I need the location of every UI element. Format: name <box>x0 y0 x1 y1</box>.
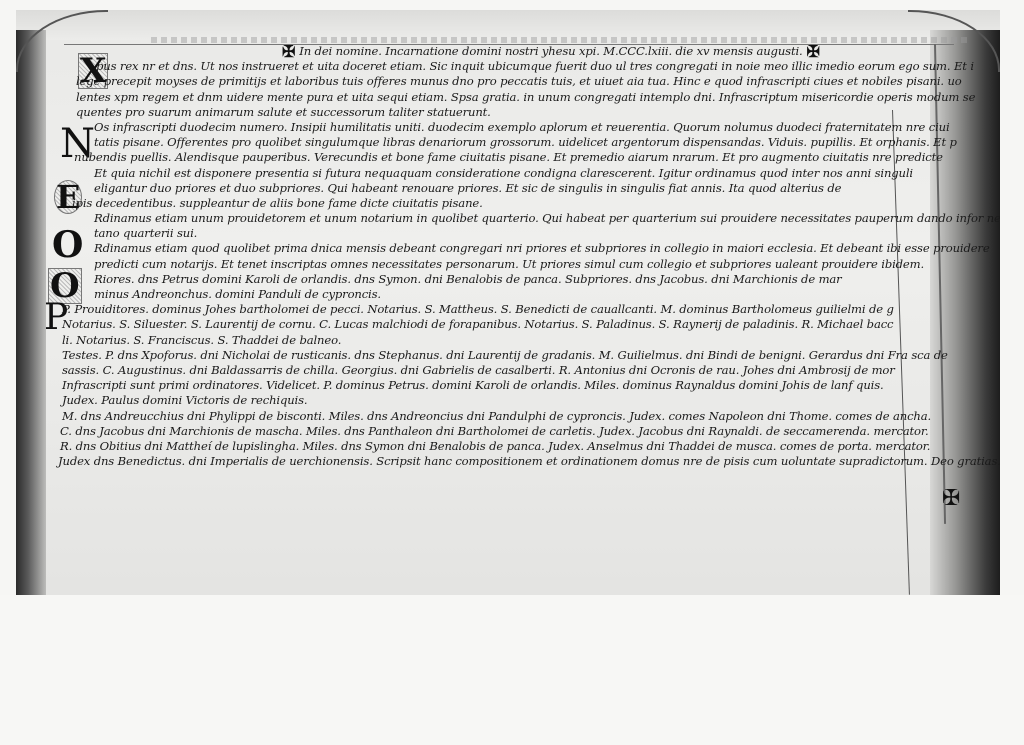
text-line: tano quarterii sui. <box>38 226 978 241</box>
cross-icon: ✠ <box>942 486 960 511</box>
text-line: quentes pro suarum animarum salute et su… <box>38 105 978 120</box>
text-line: pus rex nr et dns. Ut nos instrueret et … <box>38 59 978 74</box>
photo-paper-margin <box>0 595 1024 745</box>
text-line: Judex dns Benedictus. dni Imperialis de … <box>38 454 978 469</box>
text-line: lege precepit moyses de primitijs et lab… <box>38 74 978 89</box>
text-line: sassis. C. Augustinus. dni Baldassarris … <box>38 363 978 378</box>
text-line: nubendis puellis. Alendisque pauperibus.… <box>38 150 978 165</box>
text-line: predicti cum notarijs. Et tenet inscript… <box>38 257 978 272</box>
text-line: Testes. P. dns Xpoforus. dni Nicholai de… <box>38 348 978 363</box>
text-line: Rdinamus etiam unum prouidetorem et unum… <box>38 211 978 226</box>
header-line: ✠In dei nomine. Incarnatione domini nost… <box>38 44 978 59</box>
parchment-top-edge <box>16 10 1000 40</box>
text-line: Notarius. S. Siluester. S. Laurentij de … <box>38 317 978 332</box>
cross-icon: ✠ <box>807 44 820 59</box>
text-line: R. dns Obitius dni Mattheí de lupislingh… <box>38 439 978 454</box>
text-line: Os infrascripti duodecim numero. Insipii… <box>38 120 978 135</box>
text-line: M. dns Andreucchius dni Phylippi de bisc… <box>38 409 978 424</box>
text-line: Riores. dns Petrus domini Karoli de orla… <box>38 272 978 287</box>
text-line: eligantur duo priores et duo subpriores.… <box>38 181 978 196</box>
text-line: ipis decedentibus. suppleantur de aliis … <box>38 196 978 211</box>
faded-text-line <box>151 37 971 43</box>
text-line: lentes xpm regem et dnm uidere mente pur… <box>38 90 978 105</box>
cross-icon: ✠ <box>282 44 295 59</box>
text-line: minus Andreonchus. domini Panduli de cyp… <box>38 287 978 302</box>
manuscript-text: ✠In dei nomine. Incarnatione domini nost… <box>38 44 978 469</box>
text-line: Rdinamus etiam quod quolibet prima dnica… <box>38 241 978 256</box>
text-line: tatis pisane. Offerentes pro quolibet si… <box>38 135 978 150</box>
text-line: P. Prouiditores. dominus Johes bartholom… <box>38 302 978 317</box>
manuscript-photograph: X N E O O P ✠In dei nomine. Incarnatione… <box>16 10 1000 595</box>
text-line: li. Notarius. S. Franciscus. S. Thaddei … <box>38 333 978 348</box>
text-line: Et quia nichil est disponere presentia s… <box>38 166 978 181</box>
text-line: C. dns Jacobus dni Marchionis de mascha.… <box>38 424 978 439</box>
text-line: Judex. Paulus domini Victoris de rechiqu… <box>38 393 978 408</box>
header-text: In dei nomine. Incarnatione domini nostr… <box>299 44 802 58</box>
text-line: Infrascripti sunt primi ordinatores. Vid… <box>38 378 978 393</box>
